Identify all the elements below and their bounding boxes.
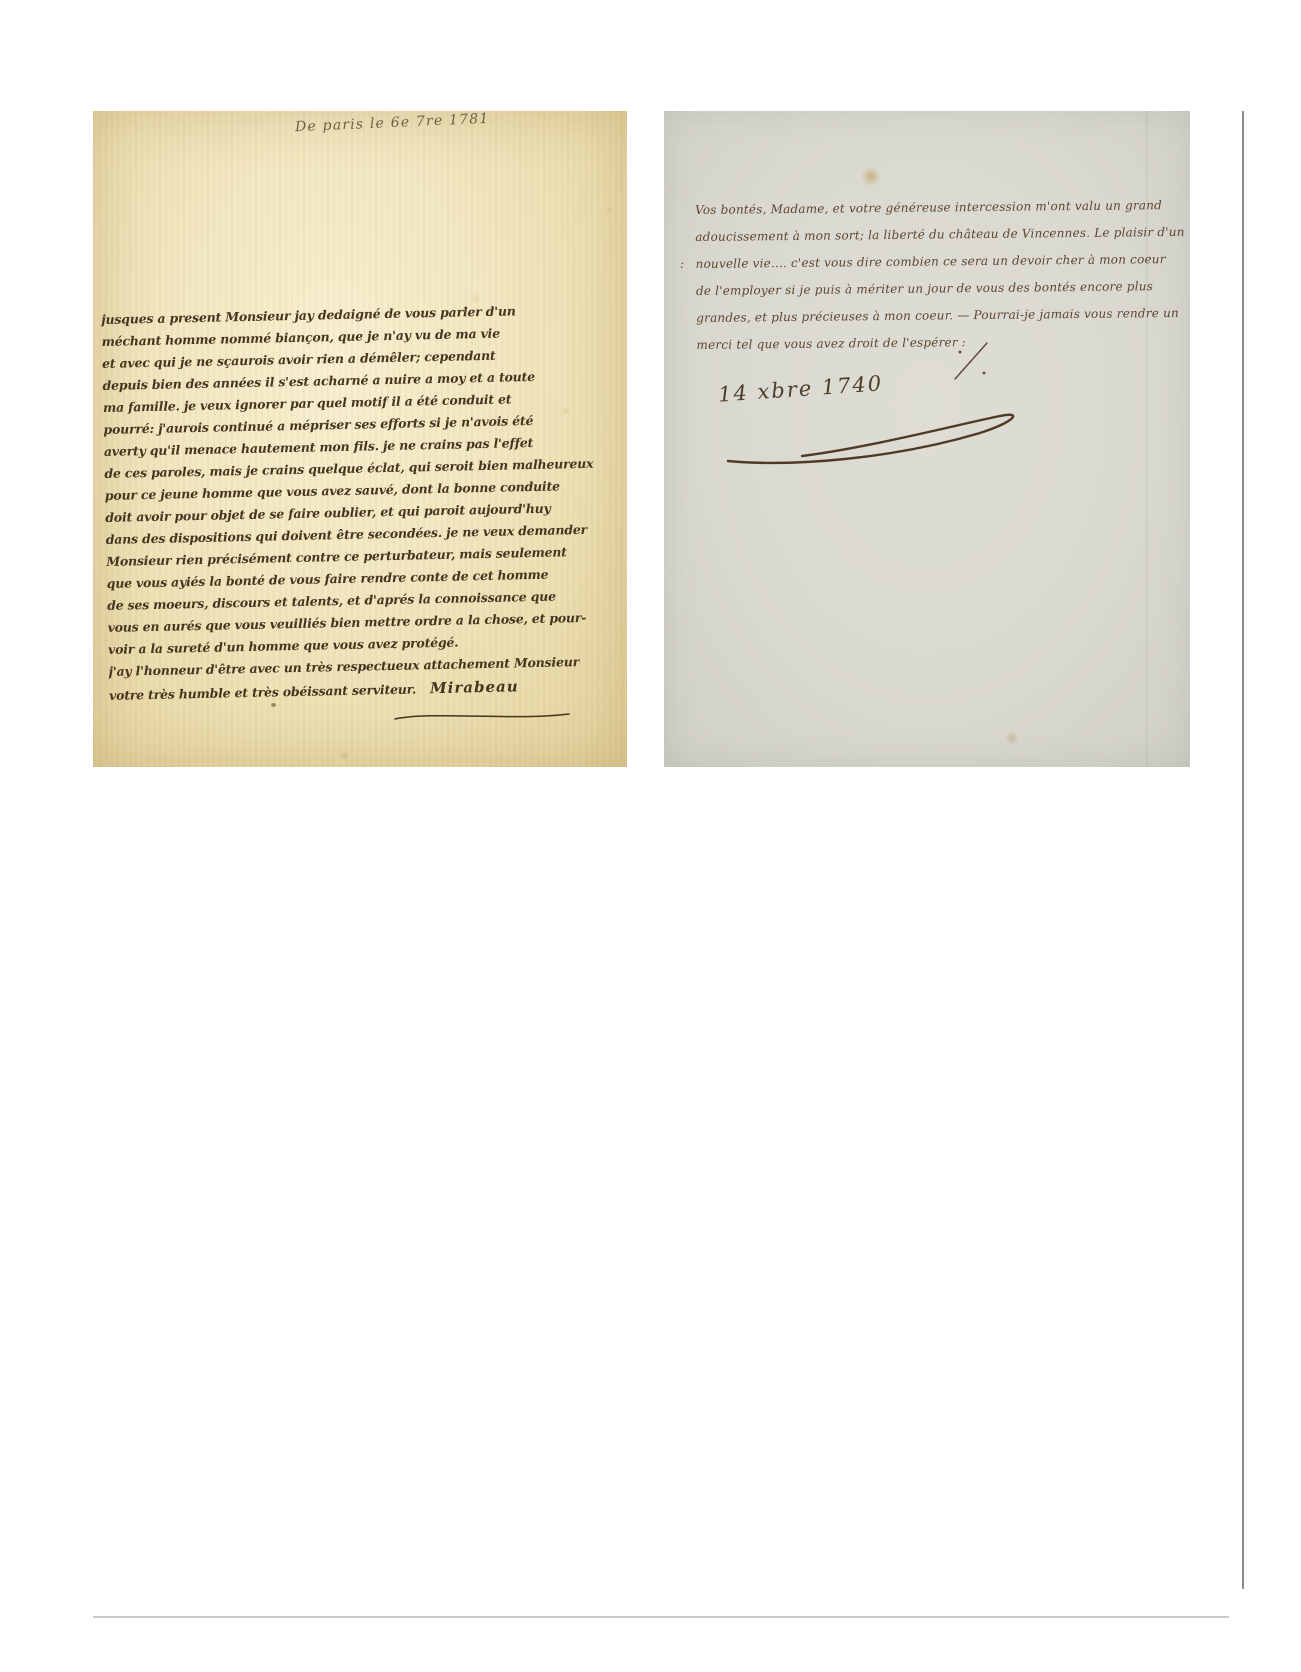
handwritten-line: merci tel que vous avez droit de l'espér… xyxy=(696,333,1185,365)
paper-stain xyxy=(1004,731,1020,745)
closing-text: votre très humble et très obéissant serv… xyxy=(109,681,416,702)
margin-mark: : xyxy=(680,257,684,271)
paper-stain xyxy=(860,167,882,186)
right-dateline: 14 xbre 1740 xyxy=(717,371,884,406)
foxing-spot xyxy=(340,751,350,760)
foxing-spot xyxy=(469,293,482,304)
page: De paris le 6e 7re 1781 jusques a presen… xyxy=(0,0,1301,1672)
left-letter-body: jusques a present Monsieur jay dedaigné … xyxy=(101,301,627,708)
paraph-flourish xyxy=(722,409,1032,469)
manuscript-left[interactable]: De paris le 6e 7re 1781 jusques a presen… xyxy=(93,111,627,767)
signature-flourish xyxy=(393,709,573,723)
end-flourish xyxy=(951,339,991,385)
signature-mirabeau: Mirabeau xyxy=(416,677,519,697)
right-letter-body: Vos bontés, Madame, et votre généreuse i… xyxy=(695,198,1186,365)
left-dateline: De paris le 6e 7re 1781 xyxy=(295,111,490,135)
foxing-spot xyxy=(605,207,613,214)
manuscript-right[interactable]: : Vos bontés, Madame, et votre généreuse… xyxy=(664,111,1190,767)
vertical-divider xyxy=(1242,111,1244,1589)
horizontal-rule xyxy=(93,1616,1229,1618)
